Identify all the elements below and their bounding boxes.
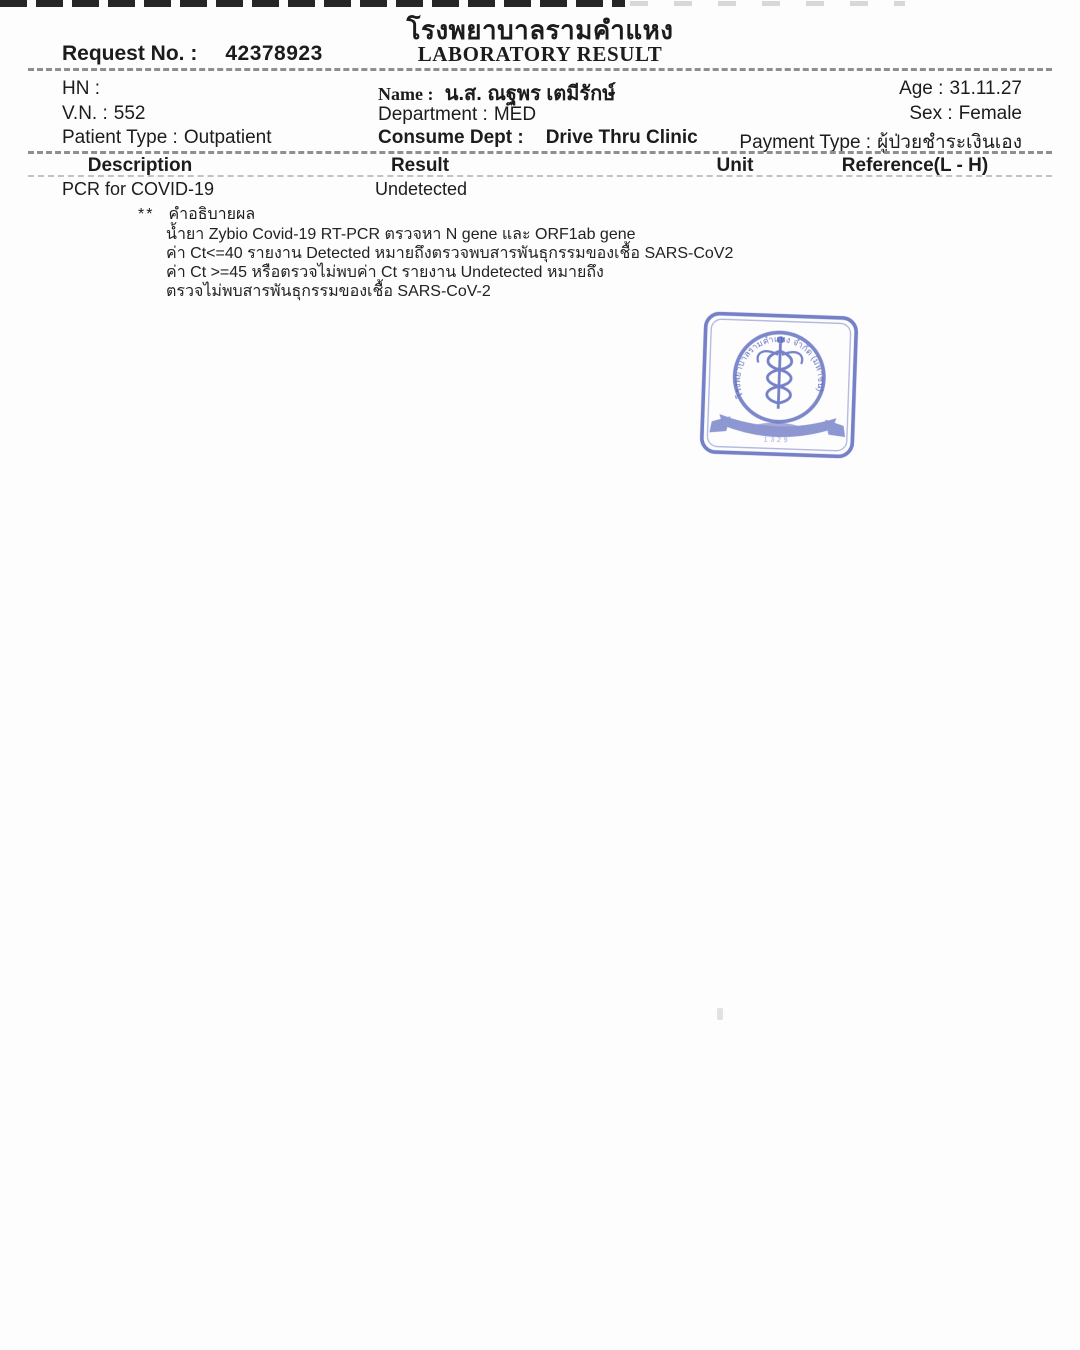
vn-label: V.N. : xyxy=(62,103,108,124)
sex-label: Sex : xyxy=(909,103,952,124)
column-header-result: Result xyxy=(391,155,449,177)
column-header-reference: Reference(L - H) xyxy=(842,155,988,177)
name-value: น.ส. ณฐพร เตมีรักษ์ xyxy=(445,83,616,105)
name-label: Name : xyxy=(378,84,433,104)
stamp-ribbon xyxy=(709,414,845,440)
consume-dept-value: Drive Thru Clinic xyxy=(546,127,698,148)
age-value: 31.11.27 xyxy=(949,78,1022,99)
consume-dept-label: Consume Dept : xyxy=(378,127,524,148)
department-field: Department :MED xyxy=(378,104,536,126)
column-header-unit: Unit xyxy=(717,155,754,177)
payment-type-value: ผู้ป่วยชำระเงินเอง xyxy=(877,132,1022,153)
result-row-description: PCR for COVID-19 xyxy=(62,179,214,200)
scan-artifact xyxy=(717,1008,723,1020)
consume-dept-field: Consume Dept :Drive Thru Clinic xyxy=(378,127,698,149)
stamp-number: 1329 xyxy=(764,437,791,445)
request-number-value: 42378923 xyxy=(225,42,322,65)
patient-type-field: Patient Type :Outpatient xyxy=(62,127,272,149)
sex-field: Sex :Female xyxy=(909,103,1022,125)
lab-result-document: โรงพยาบาลรามคำแหง LABORATORY RESULT Requ… xyxy=(0,0,1080,1350)
department-label: Department : xyxy=(378,104,488,125)
note-line: ตรวจไม่พบสารพันธุกรรมของเชื้อ SARS-CoV-2 xyxy=(166,279,491,304)
hn-label: HN : xyxy=(62,78,100,99)
request-number-label: Request No. : xyxy=(62,42,197,65)
notes-title: คำอธิบายผล xyxy=(168,206,255,223)
request-number-row: Request No. :42378923 xyxy=(62,42,323,66)
patient-type-value: Outpatient xyxy=(184,127,272,148)
payment-type-label: Payment Type : xyxy=(739,132,871,153)
sex-value: Female xyxy=(959,103,1022,124)
divider-line xyxy=(28,151,1052,154)
hospital-stamp: โรงพยาบาลรามคำแหง จำกัด (มหาชน) 1329 xyxy=(698,309,861,460)
patient-type-label: Patient Type : xyxy=(62,127,178,148)
column-header-description: Description xyxy=(88,155,193,177)
hn-field: HN : xyxy=(62,78,106,100)
age-label: Age : xyxy=(899,78,943,99)
vn-field: V.N. :552 xyxy=(62,103,145,125)
department-value: MED xyxy=(494,104,536,125)
scan-top-edge xyxy=(0,0,625,7)
age-field: Age :31.11.27 xyxy=(899,78,1022,100)
divider-line xyxy=(28,68,1052,71)
vn-value: 552 xyxy=(114,103,146,124)
divider-line xyxy=(28,175,1052,177)
result-row-result: Undetected xyxy=(375,179,467,200)
notes-marker: ** xyxy=(138,206,154,223)
scan-top-edge-light xyxy=(630,1,905,6)
